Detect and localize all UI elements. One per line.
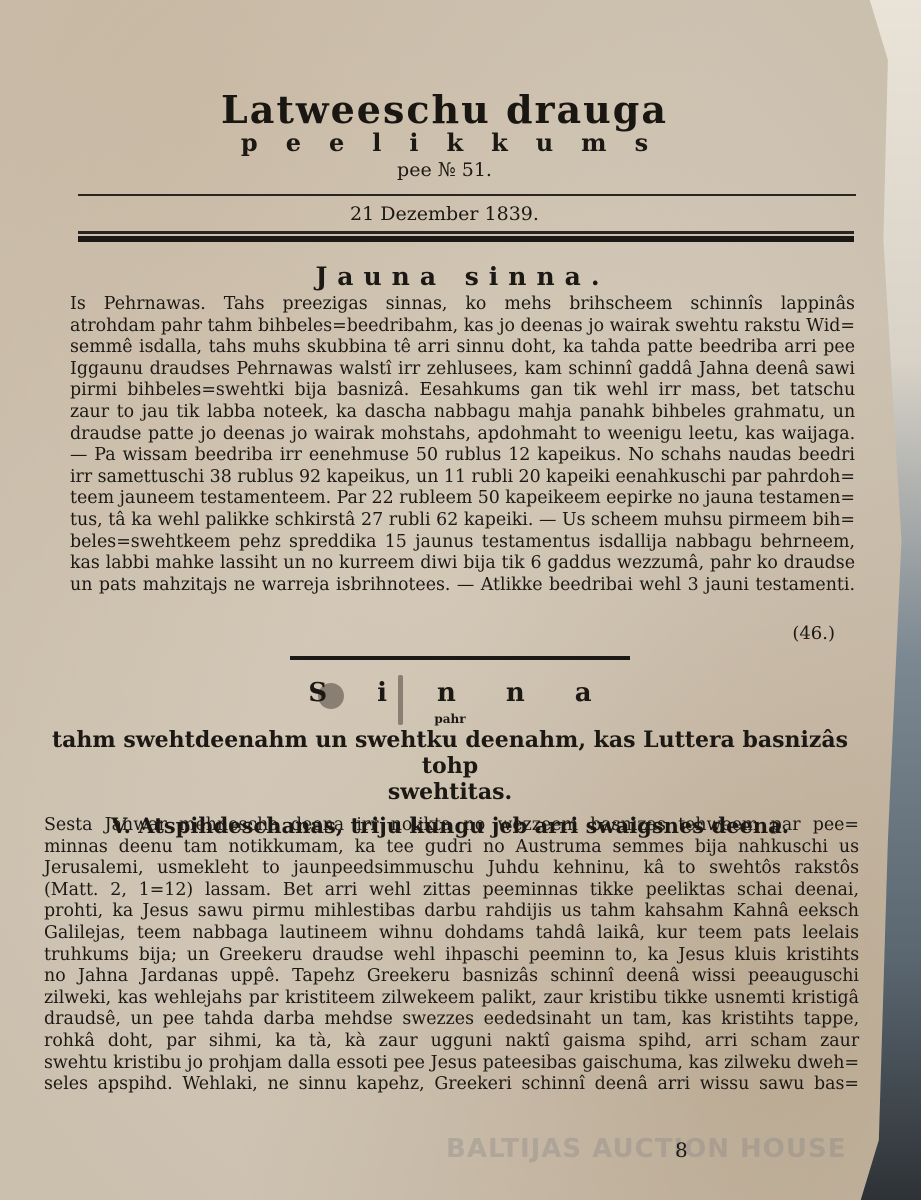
masthead-title: Latweeschu draugа <box>0 88 889 132</box>
text-line: Is Pehrnawas. Tahs preezigas sinnas, ko … <box>70 294 855 316</box>
article-body: Is Pehrnawas. Tahs preezigas sinnas, ko … <box>70 294 855 596</box>
text-line: un pats mahzitajs ne warreja isbrihnotee… <box>70 575 855 597</box>
article-body-epiphany: Sesta Janwar mehnescha deena irr nolikta… <box>44 815 859 1096</box>
text-line: swehtu kristibu jo prohjam dalla essoti … <box>44 1053 859 1075</box>
section-title: Jauna sinna. <box>70 262 855 292</box>
issue-number: pee № 51. <box>0 158 889 182</box>
text-line: irr samettuschi 38 rublus 92 kapeikus, u… <box>70 467 855 489</box>
header-rule-double <box>78 234 854 242</box>
text-line: atrohdam pahr tahm bihbeles=beedribahm, … <box>70 316 855 338</box>
text-line: semmê isdalla, tahs muhs skubbina tê arr… <box>70 337 855 359</box>
article-jauna-sinna: Jauna sinna. Is Pehrnawas. Tahs preeziga… <box>70 262 855 596</box>
text-line: Iggaunu draudses Pehrnawas walstî irr ze… <box>70 359 855 381</box>
text-line: truhkums bija; un Greekeru draudse wehl … <box>44 945 859 967</box>
text-line: draudse patte jo deenas jo wairak mohsta… <box>70 424 855 446</box>
section-subtitle-line2: swehtitas. <box>40 779 860 805</box>
text-line: draudsê, un pee tahda darba mehdse swezz… <box>44 1009 859 1031</box>
section-divider <box>290 656 630 660</box>
masthead: Latweeschu draugа peelikkums pee № 51. <box>0 88 889 182</box>
article-body: Sesta Janwar mehnescha deena irr nolikta… <box>44 815 859 1096</box>
section-heading-connector: pahr <box>40 711 860 727</box>
text-line: — Pa wissam beedriba irr eenehmuse 50 ru… <box>70 445 855 467</box>
text-line: no Jahna Jardanas uppê. Tapehz Greekeru … <box>44 966 859 988</box>
newspaper-page: Latweeschu draugа peelikkums pee № 51. 2… <box>0 0 906 1200</box>
text-line: (Matt. 2, 1=12) lassam. Bet arri wehl zi… <box>44 880 859 902</box>
text-line: rohkâ doht, par sihmi, ka tà, kà zaur ug… <box>44 1031 859 1053</box>
issue-date: 21 Dezember 1839. <box>0 203 889 225</box>
text-line: minnas deenu tam notikkumam, ka tee gudr… <box>44 837 859 859</box>
text-line: tus, tâ ka wehl palikke schkirstâ 27 rub… <box>70 510 855 532</box>
section-subtitle-line1: tahm swehtdeenahm un swehtku deenahm, ka… <box>40 727 860 779</box>
text-line: zilweki, kas wehlejahs par kristiteem zi… <box>44 988 859 1010</box>
text-line: seles apspihd. Wehlaki, ne sinnu kapehz,… <box>44 1074 859 1096</box>
section-heading: Sinna <box>40 675 860 711</box>
text-line: teem jauneem testamenteem. Par 22 rublee… <box>70 488 855 510</box>
text-line: prohti, ka Jesus sawu pirmu mihlestibas … <box>44 901 859 923</box>
text-line: zaur to jau tik labba noteek, ka dascha … <box>70 402 855 424</box>
auction-watermark: BALTIJAS AUCTION HOUSE <box>446 1134 847 1164</box>
text-line: Jerusalemi, usmekleht to jaunpeedsimmusc… <box>44 858 859 880</box>
text-line: kas labbi mahke lassiht un no kurreem di… <box>70 553 855 575</box>
text-line: pirmi bihbeles=swehtki bija basnizâ. Ees… <box>70 380 855 402</box>
header-rule-top <box>78 194 856 196</box>
page-number: 8 <box>675 1138 688 1162</box>
text-line: Sesta Janwar mehnescha deena irr nolikta… <box>44 815 859 837</box>
article-reference-number: (46.) <box>792 623 835 644</box>
text-line: beles=swehtkeem pehz spreddika 15 jaunus… <box>70 532 855 554</box>
masthead-subtitle: peelikkums <box>0 128 889 158</box>
text-line: Galilejas, teem nabbaga lautineem wihnu … <box>44 923 859 945</box>
